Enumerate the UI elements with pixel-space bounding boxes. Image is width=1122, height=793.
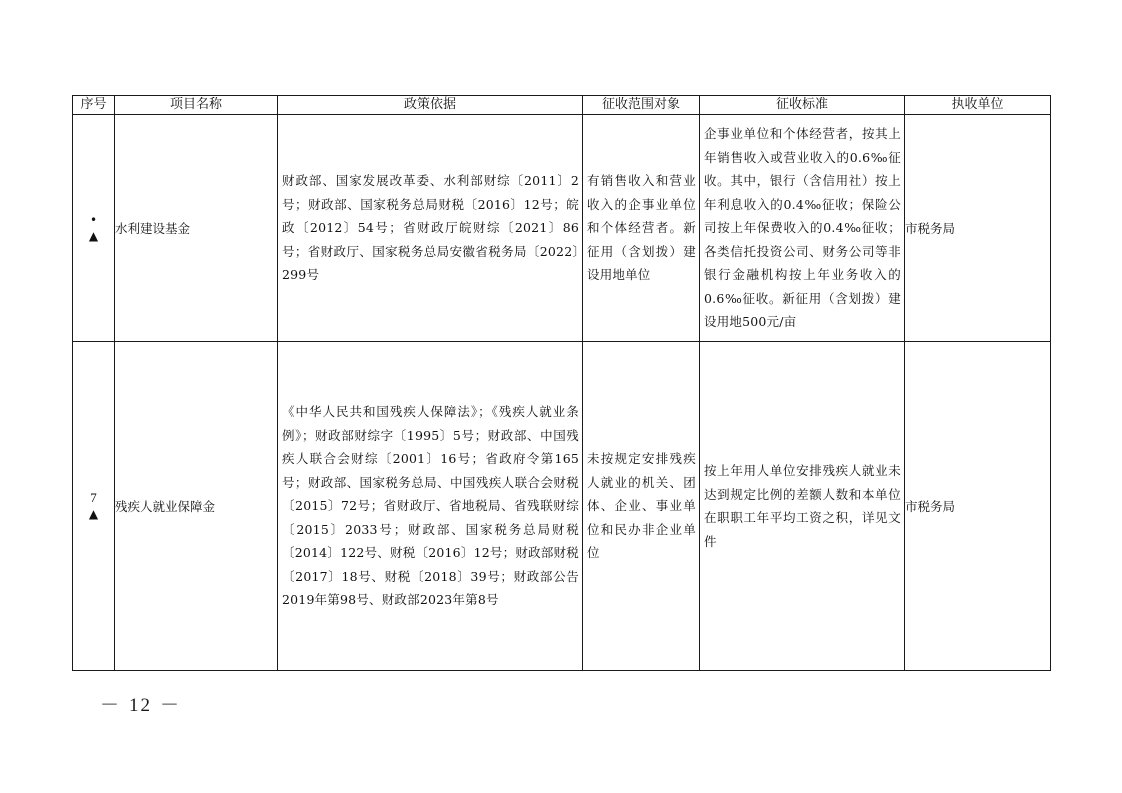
unit-cell: 市税务局 (905, 342, 1051, 671)
page-dash-left: － (100, 690, 121, 717)
scope-text: 有销售收入和营业收入的企事业单位和个体经营者。新征用（含划拨）建设用地单位 (583, 169, 699, 287)
triangle-icon: ▲ (73, 506, 114, 522)
page-number-value: 12 (129, 695, 152, 716)
page-dash-right: － (160, 690, 181, 717)
policy-text: 《中华人民共和国残疾人保障法》；《残疾人就业条例》；财政部财综字〔1995〕5号… (278, 400, 582, 612)
scope-text: 未按规定安排残疾人就业的机关、团体、企业、事业单位和民办非企业单位 (583, 447, 699, 565)
header-scope: 征收范围对象 (583, 96, 700, 115)
table-row: 7 ▲ 残疾人就业保障金 《中华人民共和国残疾人保障法》；《残疾人就业条例》；财… (73, 342, 1051, 671)
document-page: 序号 项目名称 政策依据 征收范围对象 征收标准 执收单位 • ▲ 水利建设基金… (0, 0, 1122, 793)
scope-cell: 未按规定安排残疾人就业的机关、团体、企业、事业单位和民办非企业单位 (583, 342, 700, 671)
policy-cell: 财政部、国家发展改革委、水利部财综〔2011〕2号；财政部、国家税务总局财税〔2… (278, 115, 583, 342)
bullet-icon: • (73, 212, 114, 228)
item-name: 残疾人就业保障金 (115, 342, 278, 671)
header-name: 项目名称 (115, 96, 278, 115)
unit-cell: 市税务局 (905, 115, 1051, 342)
fee-table: 序号 项目名称 政策依据 征收范围对象 征收标准 执收单位 • ▲ 水利建设基金… (72, 95, 1051, 671)
item-name: 水利建设基金 (115, 115, 278, 342)
header-policy: 政策依据 (278, 96, 583, 115)
triangle-icon: ▲ (73, 228, 114, 244)
standard-text: 按上年用人单位安排残疾人就业未达到规定比例的差额人数和本单位在职职工年平均工资之… (700, 459, 904, 553)
seq-number: 7 (73, 490, 114, 506)
standard-cell: 按上年用人单位安排残疾人就业未达到规定比例的差额人数和本单位在职职工年平均工资之… (700, 342, 905, 671)
standard-cell: 企事业单位和个体经营者，按其上年销售收入或营业收入的0.6‰征收。其中，银行（含… (700, 115, 905, 342)
scope-cell: 有销售收入和营业收入的企事业单位和个体经营者。新征用（含划拨）建设用地单位 (583, 115, 700, 342)
standard-text: 企事业单位和个体经营者，按其上年销售收入或营业收入的0.6‰征收。其中，银行（含… (700, 122, 904, 334)
header-seq: 序号 (73, 96, 115, 115)
policy-text: 财政部、国家发展改革委、水利部财综〔2011〕2号；财政部、国家税务总局财税〔2… (278, 169, 582, 287)
table-header-row: 序号 项目名称 政策依据 征收范围对象 征收标准 执收单位 (73, 96, 1051, 115)
table-row: • ▲ 水利建设基金 财政部、国家发展改革委、水利部财综〔2011〕2号；财政部… (73, 115, 1051, 342)
seq-cell: • ▲ (73, 115, 115, 342)
page-number: －12－ (92, 690, 189, 717)
policy-cell: 《中华人民共和国残疾人保障法》；《残疾人就业条例》；财政部财综字〔1995〕5号… (278, 342, 583, 671)
header-unit: 执收单位 (905, 96, 1051, 115)
seq-cell: 7 ▲ (73, 342, 115, 671)
header-standard: 征收标准 (700, 96, 905, 115)
